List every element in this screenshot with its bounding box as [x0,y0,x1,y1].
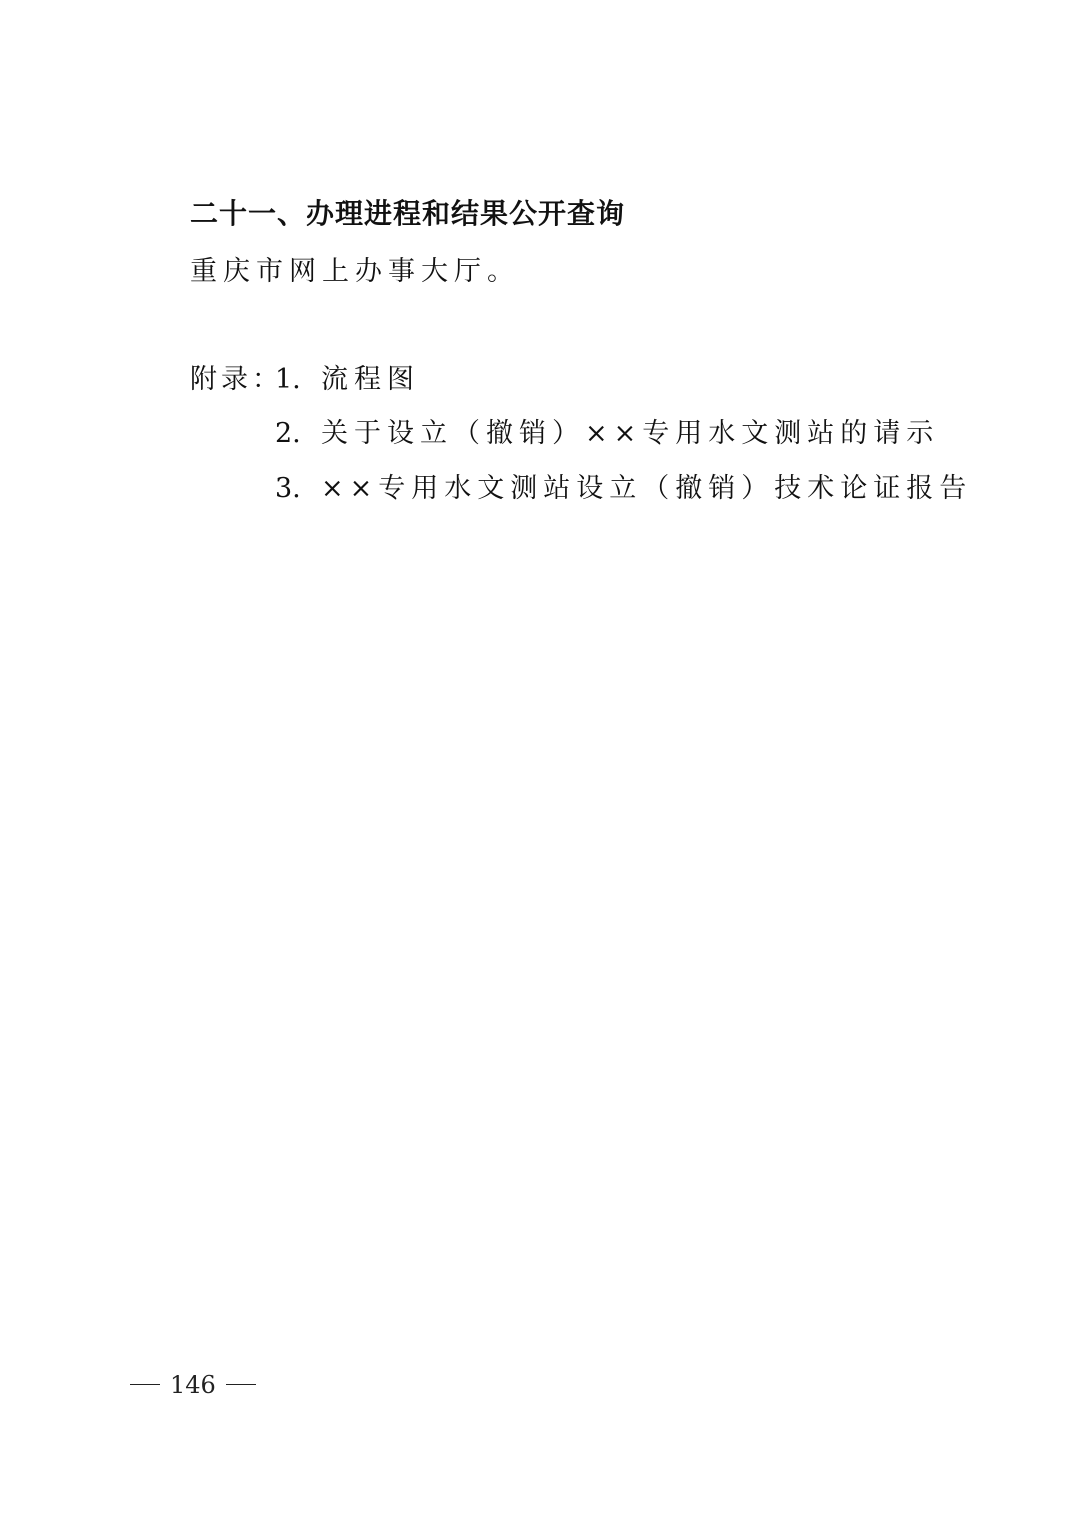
appendix-item-number: 2. [275,416,321,452]
page-footer: 146 [130,1370,256,1400]
section-body: 重庆市网上办事大厅。 [190,254,520,290]
appendix-item-text: ××专用水文测站设立（撤销）技术论证报告 [321,473,972,504]
appendix-label: 附录： [190,362,283,398]
document-page: 二十一、办理进程和结果公开查询 重庆市网上办事大厅。 附录： 1.流程图 2.关… [0,0,1074,1520]
section-heading: 二十一、办理进程和结果公开查询 [190,196,625,232]
appendix-item-number: 1. [275,362,321,398]
appendix-item-text: 关于设立（撤销）××专用水文测站的请示 [321,418,939,449]
appendix-item-text: 流程图 [321,364,420,395]
footer-dash-right [226,1384,256,1385]
appendix-item-number: 3. [275,471,321,507]
footer-dash-left [130,1384,160,1385]
appendix-item: 1.流程图 [275,362,420,398]
appendix-item: 3.××专用水文测站设立（撤销）技术论证报告 [275,471,972,507]
page-number: 146 [170,1371,216,1399]
appendix-item: 2.关于设立（撤销）××专用水文测站的请示 [275,416,939,452]
